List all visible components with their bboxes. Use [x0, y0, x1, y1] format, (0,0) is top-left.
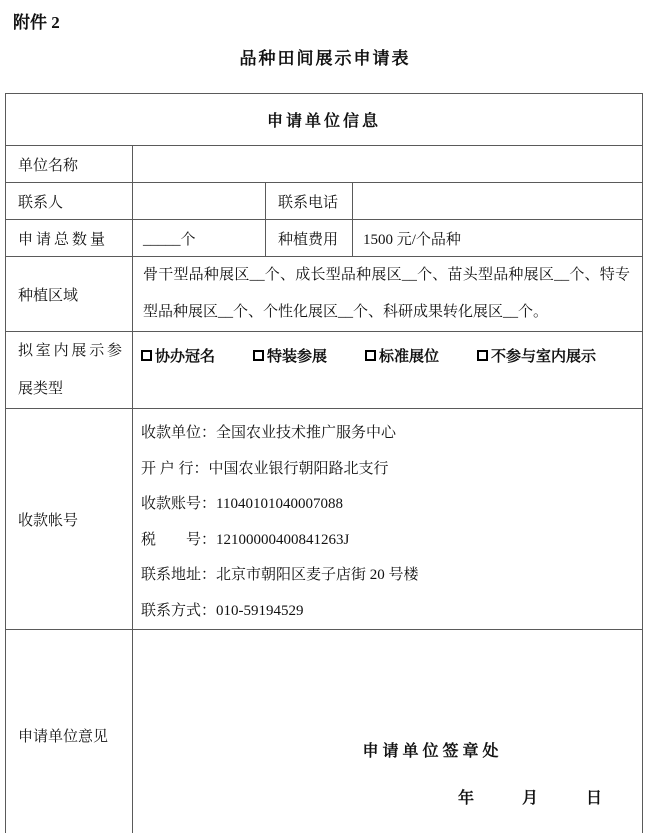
table-row: 收款帐号 收款单位：全国农业技术推广服务中心 开 户 行：中国农业银行朝阳路北支…: [6, 409, 643, 630]
unit-name-label: 单位名称: [6, 146, 133, 183]
total-quantity-field[interactable]: _____个: [133, 220, 266, 257]
checkbox-icon[interactable]: [253, 350, 264, 361]
planting-fee-label: 种植费用: [266, 220, 353, 257]
unit-name-field[interactable]: [133, 146, 643, 183]
table-row: 单位名称: [6, 146, 643, 183]
payment-account-number-line: 收款账号：11040101040007088: [141, 487, 632, 523]
table-row: 申请单位信息: [6, 94, 643, 146]
checkbox-icon[interactable]: [141, 350, 152, 361]
checkbox-icon[interactable]: [365, 350, 376, 361]
section-header: 申请单位信息: [6, 94, 643, 146]
page-title: 品种田间展示申请表: [0, 44, 650, 69]
table-row: 申请单位意见 申请单位签章处 年 月 日: [6, 630, 643, 833]
payment-account-label: 收款帐号: [6, 409, 133, 630]
indoor-display-label: 拟室内展示参展类型: [6, 332, 133, 409]
checkbox-icon[interactable]: [477, 350, 488, 361]
contact-person-field[interactable]: [133, 183, 266, 220]
checkbox-option-label: 标准展位: [379, 345, 439, 366]
checkbox-option-special-booth[interactable]: 特装参展: [253, 345, 327, 366]
payment-tax-number-line: 税 号：12100000400841263J: [141, 523, 632, 559]
payment-payee-line: 收款单位：全国农业技术推广服务中心: [141, 416, 632, 452]
total-quantity-label: 申请总数量: [6, 220, 133, 257]
contact-phone-field[interactable]: [353, 183, 643, 220]
planting-area-label: 种植区域: [6, 257, 133, 332]
planting-fee-value: 1500 元/个品种: [353, 220, 643, 257]
indoor-display-options: 协办冠名 特装参展 标准展位 不参与室内展示: [133, 332, 643, 409]
table-row: 申请总数量 _____个 种植费用 1500 元/个品种: [6, 220, 643, 257]
table-row: 拟室内展示参展类型 协办冠名 特装参展 标准展位 不参与室内展示: [6, 332, 643, 409]
unit-opinion-field[interactable]: 申请单位签章处 年 月 日: [133, 630, 643, 833]
checkbox-option-label: 协办冠名: [155, 345, 215, 366]
seal-area-label: 申请单位签章处: [178, 738, 643, 761]
table-row: 联系人 联系电话: [6, 183, 643, 220]
payment-bank-line: 开 户 行：中国农业银行朝阳路北支行: [141, 452, 632, 488]
date-line: 年 月 日: [133, 785, 642, 808]
checkbox-option-standard-booth[interactable]: 标准展位: [365, 345, 439, 366]
planting-area-value: 骨干型品种展区__个、成长型品种展区__个、苗头型品种展区__个、特专型品种展区…: [133, 257, 643, 332]
checkbox-option-coorganizer[interactable]: 协办冠名: [141, 345, 215, 366]
payment-address-line: 联系地址：北京市朝阳区麦子店街 20 号楼: [141, 558, 632, 594]
unit-opinion-label: 申请单位意见: [6, 630, 133, 833]
contact-person-label: 联系人: [6, 183, 133, 220]
application-form-table: 申请单位信息 单位名称 联系人 联系电话 申请总数量 _____个 种植费用 1…: [5, 93, 643, 833]
checkbox-option-no-indoor[interactable]: 不参与室内展示: [477, 345, 596, 366]
attachment-label: 附件 2: [13, 8, 60, 33]
payment-account-details: 收款单位：全国农业技术推广服务中心 开 户 行：中国农业银行朝阳路北支行 收款账…: [133, 409, 643, 630]
checkbox-option-label: 不参与室内展示: [491, 345, 596, 366]
checkbox-option-label: 特装参展: [267, 345, 327, 366]
table-row: 种植区域 骨干型品种展区__个、成长型品种展区__个、苗头型品种展区__个、特专…: [6, 257, 643, 332]
payment-phone-line: 联系方式：010-59194529: [141, 594, 632, 630]
contact-phone-label: 联系电话: [266, 183, 353, 220]
